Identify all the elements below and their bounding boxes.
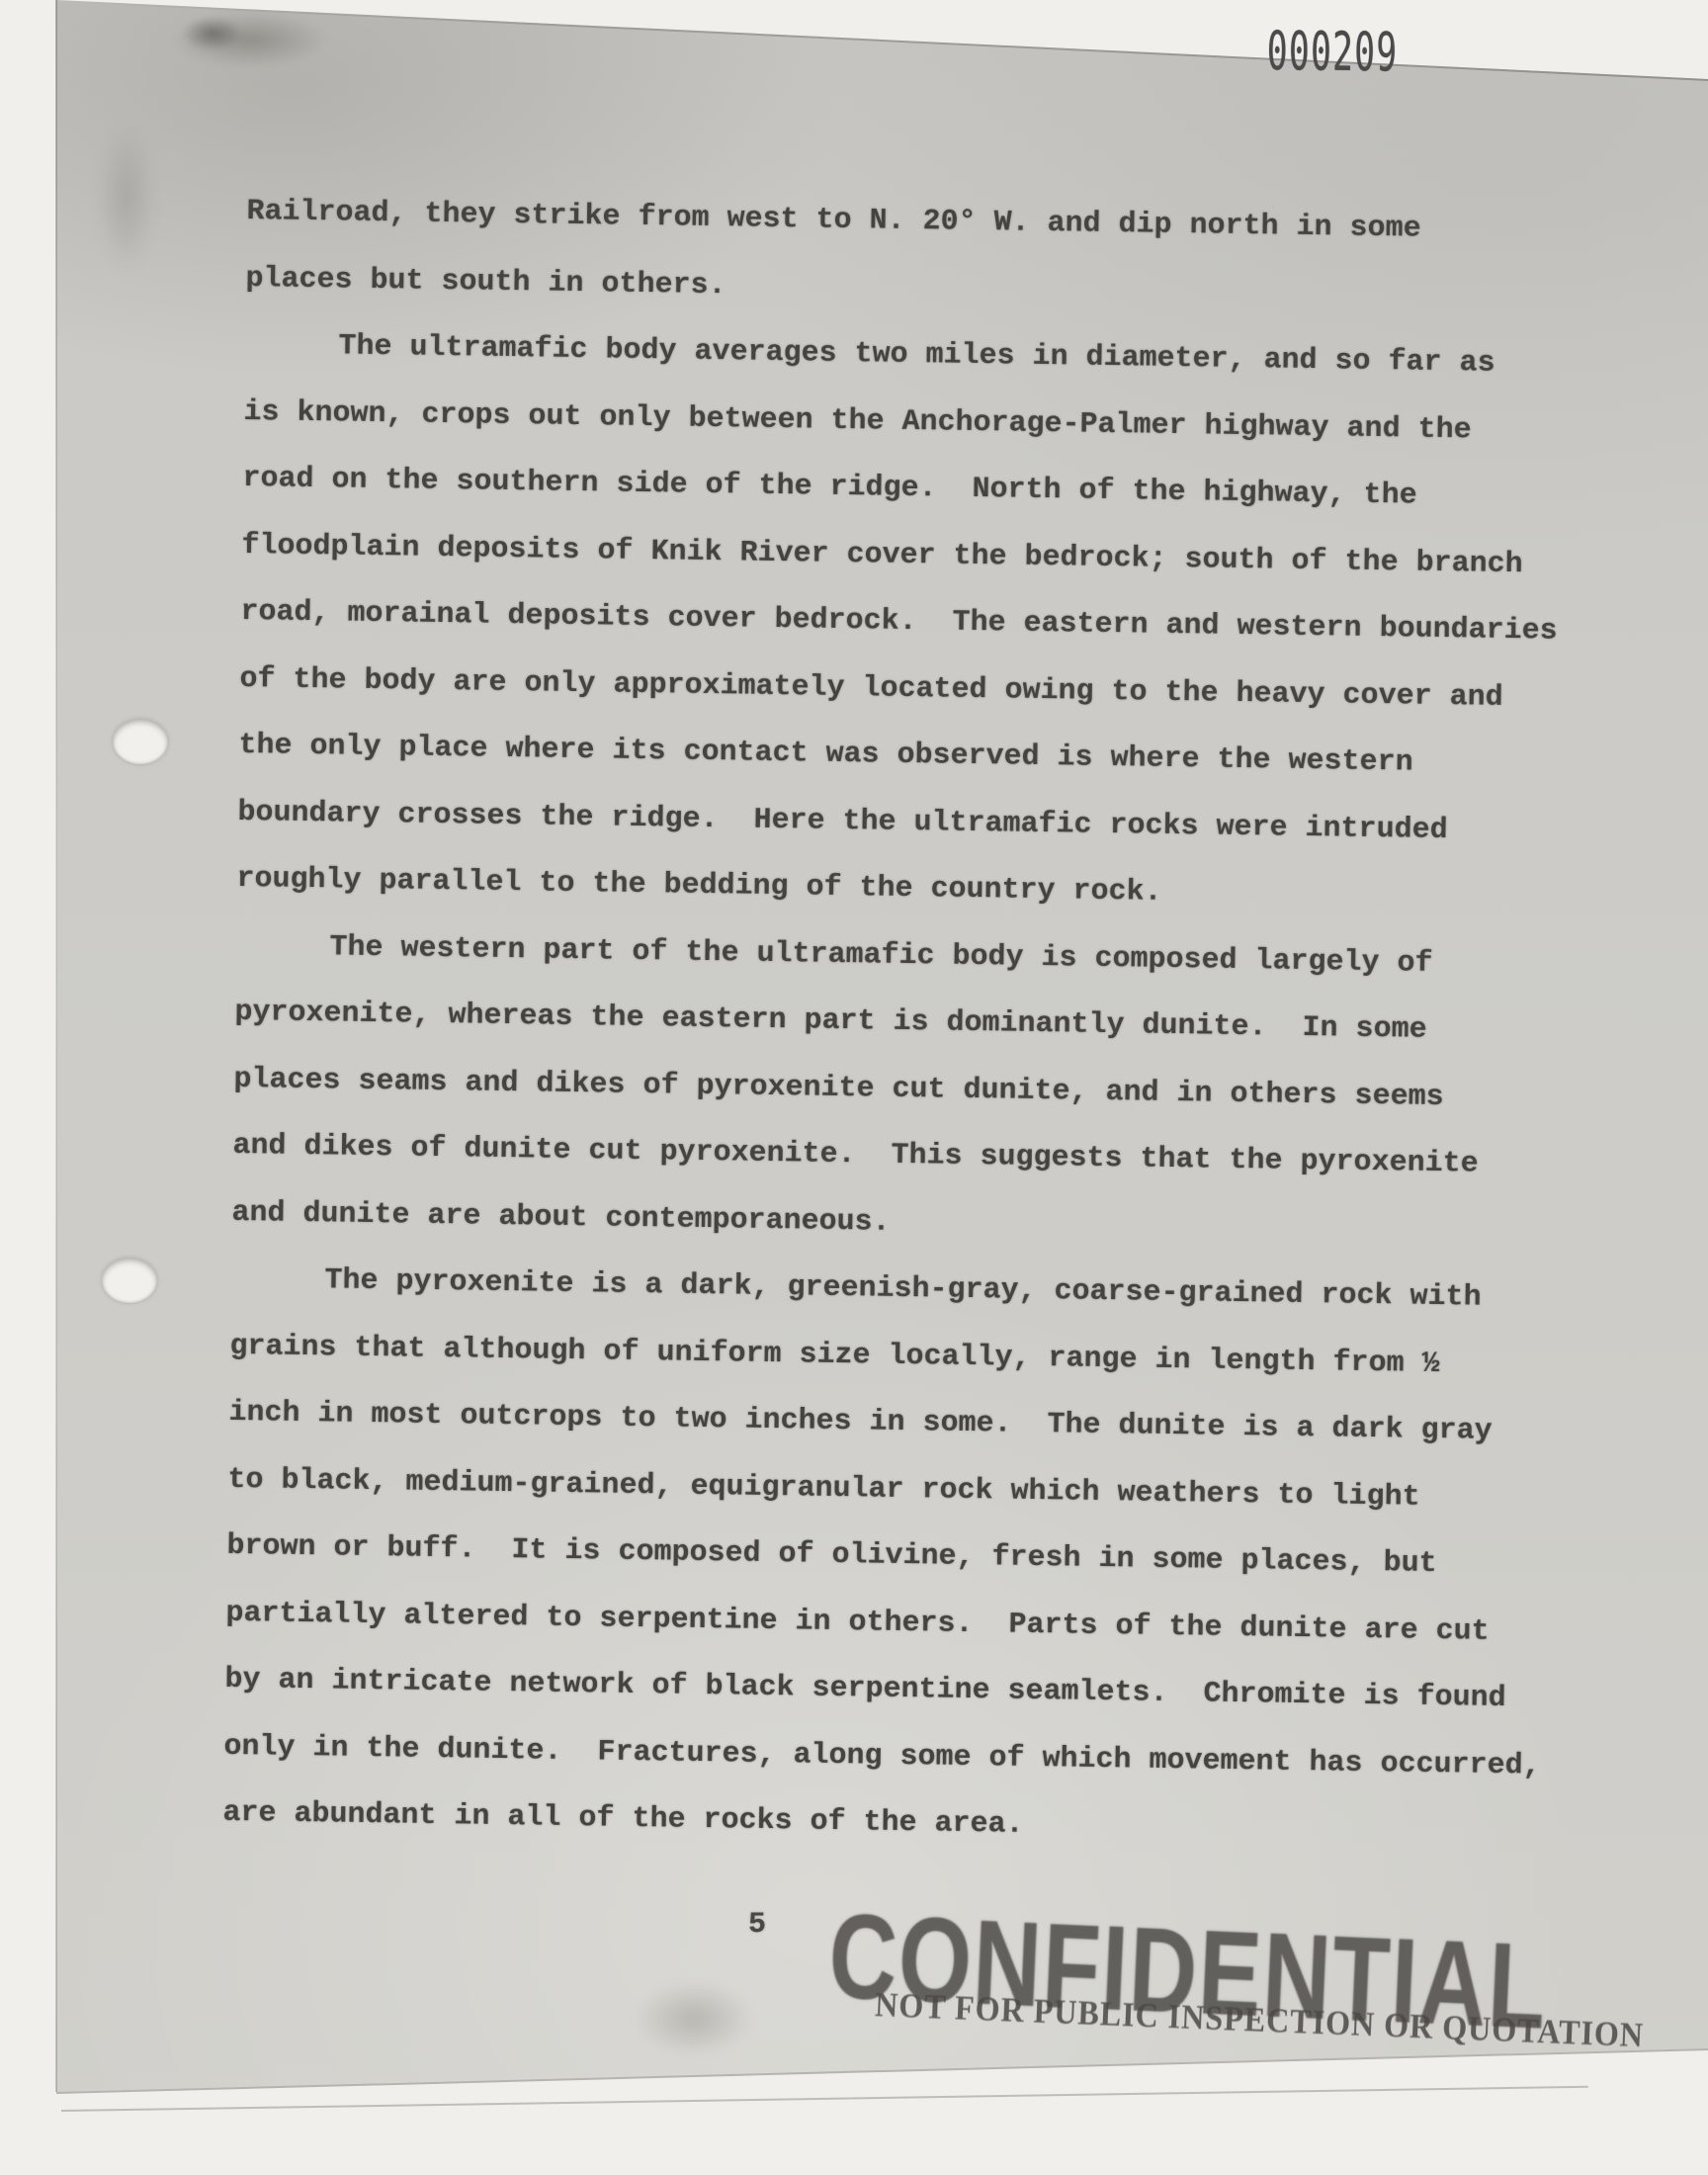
serial-number-stamp: 000209 (1267, 20, 1399, 83)
paper-left-edge (55, 0, 57, 2092)
page-number: 5 (748, 1908, 766, 1942)
underlying-sheet-edge (61, 2086, 1588, 2112)
ink-smudge (174, 12, 251, 55)
scan-smudge (87, 99, 166, 297)
punch-hole-bottom (102, 1258, 157, 1303)
scan-smudge (615, 1969, 773, 2068)
typewritten-text-body: Railroad, they strike from west to N. 20… (222, 179, 1661, 1869)
punch-hole-top (113, 719, 168, 764)
scanned-document-page: 000209 Railroad, they strike from west t… (0, 0, 1708, 2175)
